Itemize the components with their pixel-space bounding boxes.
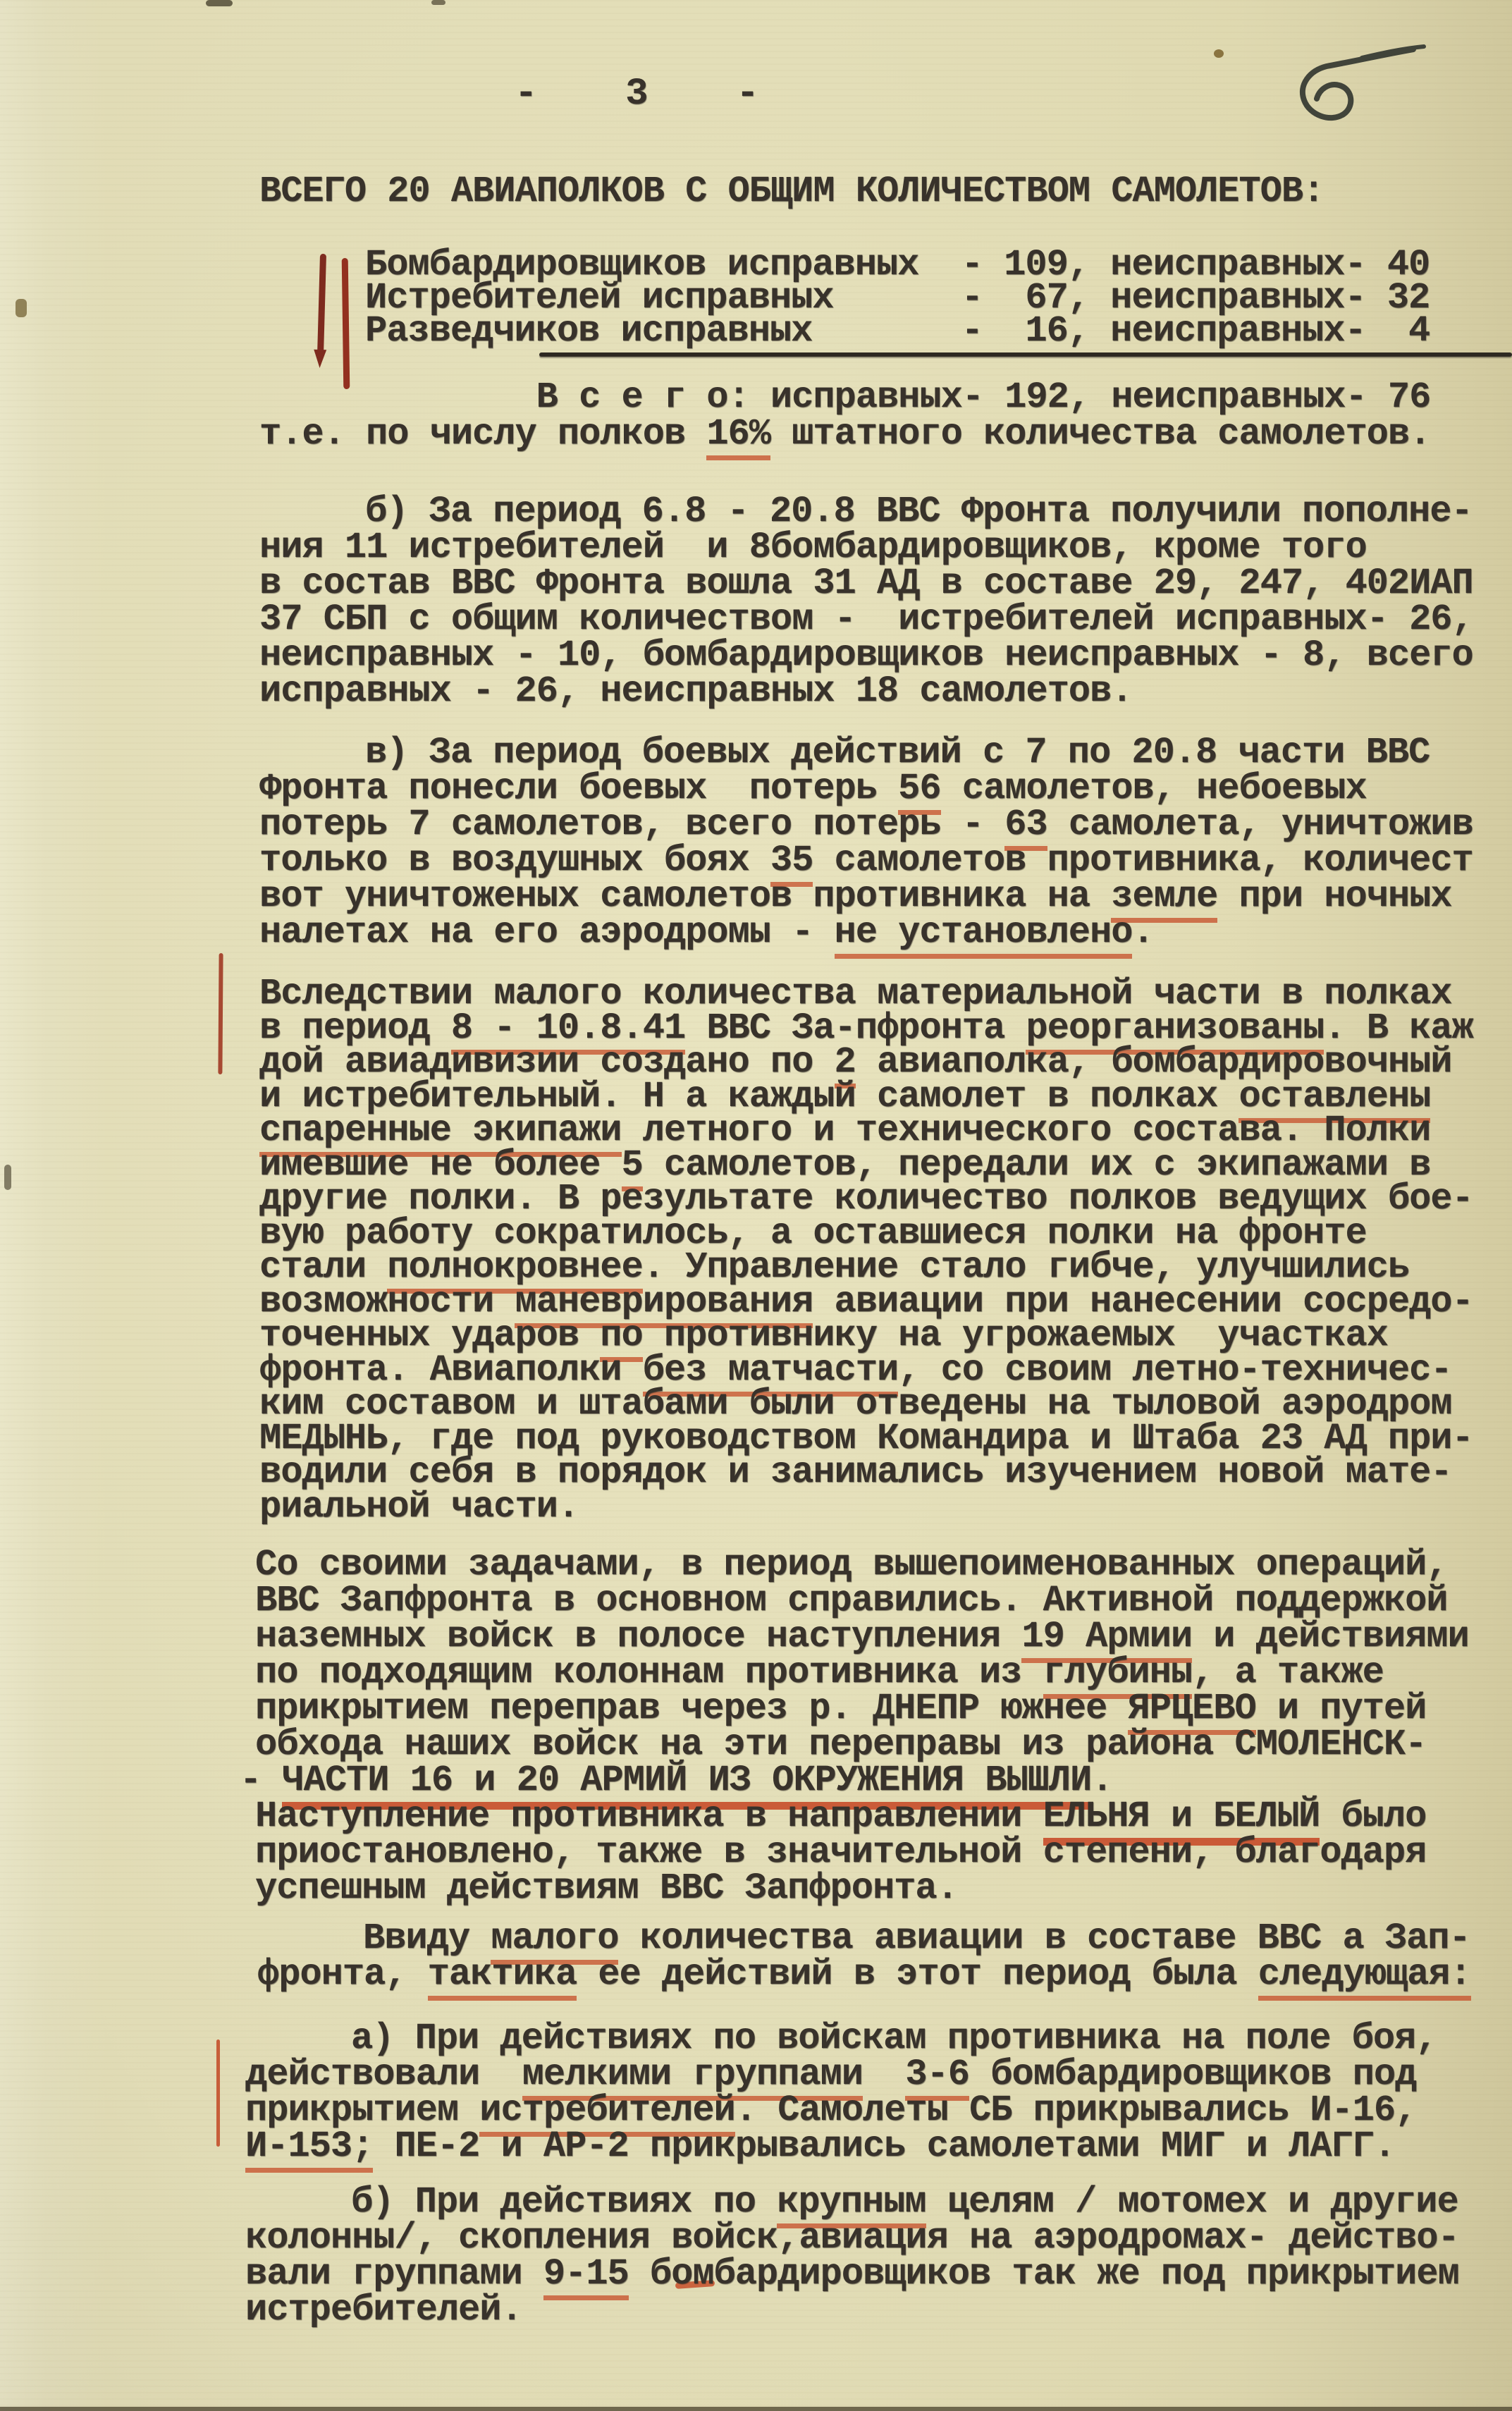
text-line: фронта. Авиаполки без матчасти, со своим… — [259, 1354, 1473, 1388]
text-line: вали группами 9-15 бомбардировщиков так … — [245, 2256, 1459, 2292]
text-line: ВВС Запфронта в основном справились. Акт… — [255, 1583, 1469, 1619]
text-segment: . — [1132, 912, 1153, 953]
text-line: И-153; ПЕ-2 и АР-2 прикрывались самолета… — [245, 2128, 1437, 2164]
text-line: вую работу сократилось, а оставшиеся пол… — [259, 1217, 1473, 1251]
horizontal-rule — [539, 352, 1512, 357]
text-line: ким составом и штабами были отведены на … — [259, 1387, 1473, 1422]
text-segment: исправных - 26, неисправных 18 самолетов… — [259, 670, 1132, 712]
text-segment: ВСЕГО 20 АВИАПОЛКОВ С ОБЩИМ КОЛИЧЕСТВОМ … — [259, 171, 1324, 212]
paper-speck — [4, 1165, 11, 1190]
text-line: ВСЕГО 20 АВИАПОЛКОВ С ОБЩИМ КОЛИЧЕСТВОМ … — [259, 173, 1324, 209]
text-line: имевшие не более 5 самолетов, передали и… — [259, 1148, 1473, 1183]
text-segment: риальной части. — [259, 1486, 579, 1528]
text-line: Бомбардировщиков исправных - 109, неиспр… — [365, 248, 1430, 281]
handwritten-mark-icon — [1283, 20, 1445, 147]
document-page: - 3 -ВСЕГО 20 АВИАПОЛКОВ С ОБЩИМ КОЛИЧЕС… — [0, 0, 1512, 2411]
red-underlined-text: не установлено — [835, 912, 1133, 959]
text-segment: бомбардировщиков так же под прикрытием — [629, 2253, 1459, 2295]
section-title: ВСЕГО 20 АВИАПОЛКОВ С ОБЩИМ КОЛИЧЕСТВОМ … — [259, 173, 1324, 209]
paper-speck — [16, 299, 27, 317]
text-line: в состав ВВС Фронта вошла 31 АД в состав… — [259, 565, 1473, 601]
para-b: б) За период 6.8 - 20.8 ВВС Фронта получ… — [259, 493, 1473, 709]
text-segment: ПЕ-2 и АР-2 прикрывались самолетами МИГ … — [373, 2125, 1395, 2167]
para-b2: б) При действиях по крупным целям / мото… — [245, 2184, 1459, 2328]
text-line: в период 8 - 10.8.41 ВВС За-пфронта реор… — [259, 1012, 1473, 1046]
text-line: В с е г о: исправных- 192, неисправных- … — [259, 379, 1430, 416]
text-line: Со своими задачами, в период вышепоимено… — [255, 1547, 1469, 1583]
text-line: стали полнокровнее. Управление стало гиб… — [259, 1251, 1473, 1285]
text-line: Вследствии малого количества материально… — [259, 977, 1473, 1012]
paper-speck — [431, 0, 445, 5]
text-segment: штатного количества самолетов. — [770, 413, 1430, 455]
text-segment: успешным действиям ВВС Запфронта. — [255, 1867, 958, 1909]
text-line: неисправных - 10, бомбардировщиков неисп… — [259, 637, 1473, 673]
para-a: а) При действиях по войскам противника н… — [245, 2020, 1437, 2164]
red-margin-stroke-icon — [342, 258, 350, 389]
text-line: - 3 - — [515, 76, 773, 112]
text-line: вот уничтоженых самолетов противника на … — [259, 878, 1473, 914]
text-line: б) За период 6.8 - 20.8 ВВС Фронта получ… — [259, 493, 1473, 529]
text-segment: Разведчиков исправных - 16, неисправных-… — [365, 310, 1430, 352]
text-segment: ее действий в этот период была — [577, 1953, 1258, 1995]
text-line: - ЧАСТИ 16 и 20 АРМИЙ ИЗ ОКРУЖЕНИЯ ВЫШЛИ… — [240, 1762, 1469, 1798]
text-line: приостановлено, также в значительной сте… — [255, 1834, 1469, 1870]
text-line: колонны/, скопления войск,авиация на аэр… — [245, 2220, 1459, 2256]
text-segment: т.е. по числу полков — [259, 413, 706, 455]
text-line: ния 11 истребителей и 8бомбардировщиков,… — [259, 529, 1473, 565]
text-line: Ввиду малого количества авиации в состав… — [257, 1920, 1471, 1956]
text-line: дой авиадивизии создано по 2 авиаполка, … — [259, 1045, 1473, 1080]
text-line: водили себя в порядок и занимались изуче… — [259, 1456, 1473, 1490]
text-line: обхода наших войск на эти переправы из р… — [255, 1726, 1469, 1762]
text-line: спаренные экипажи летного и технического… — [259, 1114, 1473, 1148]
text-line: Истребителей исправных - 67, неисправных… — [365, 281, 1430, 314]
text-line: т.е. по числу полков 16% штатного количе… — [259, 416, 1430, 453]
text-line: Наступление противника в направлении ЕЛЬ… — [255, 1798, 1469, 1834]
text-line: в) За период боевых действий с 7 по 20.8… — [259, 735, 1473, 771]
page-number: - 3 - — [515, 76, 773, 112]
paper-speck — [206, 0, 233, 6]
red-underlined-text: следующая: — [1258, 1953, 1471, 2001]
text-line: точенных ударов по противнику на угрожае… — [259, 1319, 1473, 1354]
text-line: истребителей. — [245, 2292, 1459, 2328]
text-line: действовали мелкими группами 3-6 бомбард… — [245, 2056, 1437, 2092]
text-line: исправных - 26, неисправных 18 самолетов… — [259, 673, 1473, 709]
totals: В с е г о: исправных- 192, неисправных- … — [259, 379, 1430, 453]
text-line: а) При действиях по войскам противника н… — [245, 2020, 1437, 2056]
para-reorg: Вследствии малого количества материально… — [259, 977, 1473, 1524]
text-segment: налетах на его аэродромы - — [259, 912, 835, 953]
text-line: Фронта понесли боевых потерь 56 самолето… — [259, 771, 1473, 806]
para-v: в) За период боевых действий с 7 по 20.8… — [259, 735, 1473, 950]
text-line: фронта, тактика ее действий в этот перио… — [257, 1956, 1471, 1992]
aircraft-list: Бомбардировщиков исправных - 109, неиспр… — [365, 248, 1430, 348]
text-line: только в воздушных боях 35 самолетов про… — [259, 842, 1473, 878]
text-line: прикрытием переправ через р. ДНЕПР южнее… — [255, 1691, 1469, 1726]
text-line: другие полки. В результате количество по… — [259, 1182, 1473, 1217]
para-vvidu: Ввиду малого количества авиации в состав… — [257, 1920, 1471, 1992]
para-tasks: Со своими задачами, в период вышепоимено… — [255, 1547, 1469, 1906]
scan-bottom-edge — [0, 2407, 1512, 2411]
text-segment: фронта, — [257, 1953, 428, 1995]
text-line: наземных войск в полосе наступления 19 А… — [255, 1619, 1469, 1655]
text-segment: при ночных — [1217, 876, 1451, 917]
text-line: риальной части. — [259, 1490, 1473, 1525]
text-line: потерь 7 самолетов, всего потерь - 63 са… — [259, 806, 1473, 842]
red-margin-line-icon — [218, 953, 223, 1074]
red-underlined-text: 9-15 — [543, 2253, 629, 2300]
text-line: налетах на его аэродромы - не установлен… — [259, 914, 1473, 950]
text-line: и истребительный. Н а каждый самолет в п… — [259, 1080, 1473, 1115]
paper-speck — [1214, 49, 1224, 58]
text-line: возможности маневрирования авиации при н… — [259, 1285, 1473, 1320]
text-line: 37 СБП с общим количеством - истребителе… — [259, 601, 1473, 637]
red-margin-line-icon — [216, 2039, 220, 2147]
text-line: прикрытием истребителей. Самолеты СБ при… — [245, 2092, 1437, 2128]
text-line: по подходящим колоннам противника из глу… — [255, 1655, 1469, 1691]
text-segment: - 3 - — [515, 73, 773, 116]
red-underlined-text: тактика — [428, 1953, 577, 2001]
red-margin-stroke-icon — [317, 254, 326, 356]
text-segment: истребителей. — [245, 2289, 522, 2331]
red-underlined-text: И-153; — [245, 2125, 373, 2173]
red-underlined-text: 16% — [706, 413, 770, 460]
text-line: МЕДЫНЬ, где под руководством Командира и… — [259, 1422, 1473, 1456]
text-line: успешным действиям ВВС Запфронта. — [255, 1870, 1469, 1906]
text-segment: В с е г о: исправных- 192, неисправных- … — [259, 376, 1430, 418]
text-line: Разведчиков исправных - 16, неисправных-… — [365, 314, 1430, 348]
text-line: б) При действиях по крупным целям / мото… — [245, 2184, 1459, 2220]
